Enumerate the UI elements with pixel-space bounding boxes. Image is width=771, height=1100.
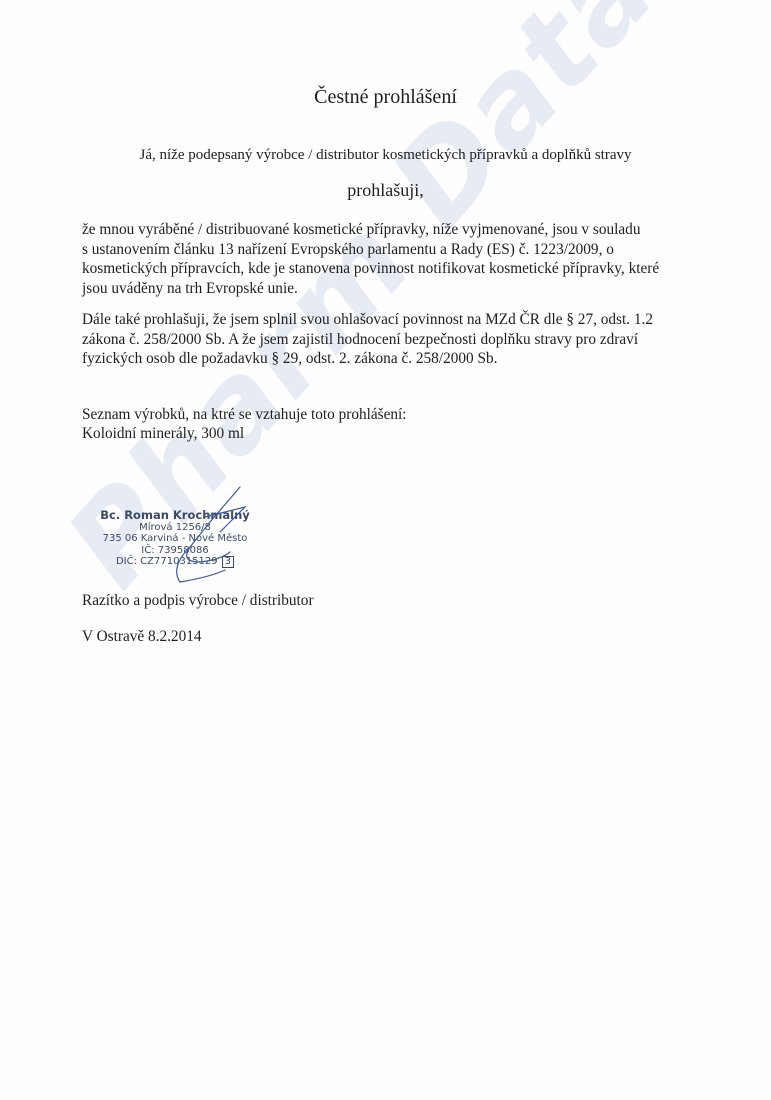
document-content: Čestné prohlášení Já, níže podepsaný výr… [0,0,771,1100]
paragraph-line: jsou uváděny na trh Evropské unie. [82,279,722,299]
declaration-word: prohlašuji, [0,180,771,201]
product-item: Koloidní minerály, 300 ml [82,425,244,443]
document-page: Pharm Data s.r.o. Čestné prohlášení Já, … [0,0,771,1100]
product-list-label: Seznam výrobků, na ktré se vztahuje toto… [82,406,407,424]
paragraph-supplements: Dále také prohlašuji, že jsem splnil svo… [82,310,722,369]
intro-line: Já, níže podepsaný výrobce / distributor… [0,147,771,164]
paragraph-line: kosmetických přípravcích, kde je stanove… [82,259,722,279]
paragraph-cosmetics: že mnou vyráběné / distribuované kosmeti… [82,220,722,298]
paragraph-line: že mnou vyráběné / distribuované kosmeti… [82,220,722,240]
document-title: Čestné prohlášení [0,86,771,109]
paragraph-line: Dále také prohlašuji, že jsem splnil svo… [82,310,722,330]
place-and-date: V Ostravě 8.2.2014 [82,628,202,646]
paragraph-line: zákona č. 258/2000 Sb. A že jsem zajisti… [82,330,722,350]
paragraph-line: fyzických osob dle požadavku § 29, odst.… [82,349,722,369]
handwritten-signature-icon [150,482,260,592]
signature-caption: Razítko a podpis výrobce / distributor [82,592,314,610]
paragraph-line: s ustanovením článku 13 nařízení Evropsk… [82,240,722,260]
